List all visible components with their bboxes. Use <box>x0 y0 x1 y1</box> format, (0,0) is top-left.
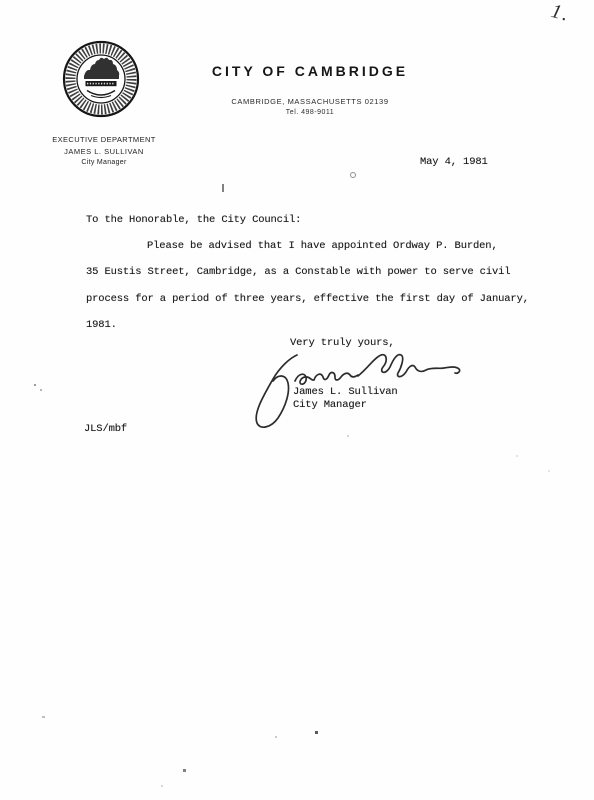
body-line: 1981. <box>86 319 117 331</box>
handwritten-page-number: 1. <box>549 0 573 27</box>
body-line: 35 Eustis Street, Cambridge, as a Consta… <box>86 266 510 278</box>
body-line: Please be advised that I have appointed … <box>147 240 498 252</box>
letterhead-phone: Tel. 498-9011 <box>160 109 460 116</box>
scan-artifact <box>347 435 349 437</box>
body-line: process for a period of three years, eff… <box>86 293 529 305</box>
letterhead: CITY OF CAMBRIDGE CAMBRIDGE, MASSACHUSET… <box>160 63 460 116</box>
scan-artifact <box>34 384 36 386</box>
salutation: To the Honorable, the City Council: <box>86 214 301 226</box>
official-title: City Manager <box>52 159 156 166</box>
letterhead-title: CITY OF CAMBRIDGE <box>160 63 460 79</box>
reference-initials: JLS/mbf <box>84 423 127 435</box>
scan-artifact <box>161 785 163 787</box>
city-seal-icon <box>61 39 141 119</box>
scan-artifact <box>548 470 550 472</box>
scan-artifact <box>350 172 356 178</box>
scanned-letter-page: 1. CITY OF CAMBRIDGE CAMBRIDGE, MASSACHU… <box>0 0 594 800</box>
signer-name: James L. Sullivan <box>293 386 398 398</box>
signer-title: City Manager <box>293 399 367 411</box>
letterhead-address: CAMBRIDGE, MASSACHUSETTS 02139 <box>160 97 460 106</box>
department-block: EXECUTIVE DEPARTMENT JAMES L. SULLIVAN C… <box>52 135 156 166</box>
scan-artifact <box>315 731 318 734</box>
scan-artifact <box>275 736 277 738</box>
department-name: EXECUTIVE DEPARTMENT <box>52 135 156 144</box>
scan-artifact <box>42 716 45 718</box>
scan-artifact <box>516 455 518 457</box>
official-name: JAMES L. SULLIVAN <box>52 147 156 156</box>
scan-artifact <box>183 769 186 772</box>
scan-artifact <box>40 389 42 391</box>
scan-artifact <box>222 184 224 192</box>
letter-date: May 4, 1981 <box>420 156 488 168</box>
